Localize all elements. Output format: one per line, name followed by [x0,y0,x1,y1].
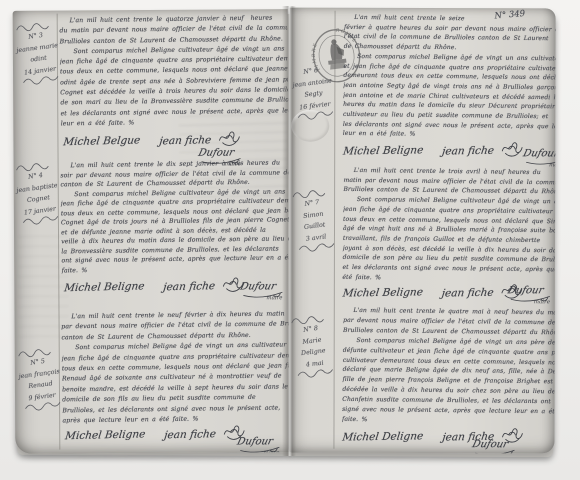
signature-jean-fiche: jean fiche [441,287,494,300]
signature-dufour-name: Dufour [197,147,235,158]
margin-note-act7: N° 7SimonGuillot3 avril [290,188,337,254]
margin-note-text: N° 4jean baptisteCognet17 janvier [13,168,65,220]
signature-dufour-name: Dufour [506,285,544,296]
signature-dufour-name: Dufour [236,436,274,447]
margin-note-act4: N° 4jean baptisteCognet17 janvier [13,160,66,228]
margin-note-act6: N° 6jean antoineSegty16 février [289,63,337,122]
signature-title-maire: maire [549,162,555,168]
margin-note-act5: N° 5jean françoisRenaud9 février [13,346,68,414]
signature-michel-beligne: Michel Beligne [342,144,424,157]
death-act-entry: L'an mil huit cent trente le neuf févrie… [61,309,290,426]
signature-row: Michel Deligne jean fiche Dufour maire [342,424,554,454]
margin-note-text: N° 5jean françoisRenaud9 février [13,354,66,406]
signature-dufour: Dufour maire [240,274,290,301]
death-act-entry: L'an mil huit cent trente le trois avril… [342,166,555,285]
signature-michel-beligne: Michel Belgue [63,134,141,148]
margin-note-text: N° 7SimonGuillot3 avril [291,195,336,245]
signature-michel-deligne: Michel Deligne [342,430,424,443]
margin-note-text: N° 3jeanne marieodint14 janvier [13,28,65,80]
signature-dufour: Dufour maire [508,278,556,305]
signature-row: Michel Beligne jean fiche Dufour maire [343,138,555,177]
signature-row: Michel Beligne jean fiche Dufour maire [65,421,290,454]
signature-dufour-name: Dufour [239,281,277,292]
signature-jean-fiche: jean fiche [164,428,217,441]
register-page-right: N° 349 TIMBRE ROYAL N° 6jean antoineSegt… [288,8,555,454]
signature-dufour: Dufour maire [523,141,555,168]
death-act-entry: L'an mil huit cent trente le seizefévrie… [343,13,556,142]
signature-dufour-name: Dufour [471,439,509,450]
signature-row: Michel Beligne jean fiche Dufour maire [343,280,555,319]
death-act-entry: L'an mil huit cent trente le dix sept ja… [60,158,289,275]
signature-dufour: Dufour maire [237,429,290,454]
death-act-entry: L'an mil huit cent trente le quatre mai … [342,306,555,427]
signature-michel-beligne: Michel Beligne [64,428,146,442]
margin-note-act8: N° 8MarieDeligne4 mai [289,314,336,380]
signature-title-maire: maire [266,295,290,301]
register-page-left: N° 3jeanne marieodint14 janvier N° 4jean… [13,9,291,454]
signature-title-maire: maire [225,161,269,167]
margin-note-act3: N° 3jeanne marieodint14 janvier [13,20,66,88]
signature-row: Michel Belgue jean fiche Dufour maire [63,127,288,166]
scanned-register-spread: N° 3jeanne marieodint14 janvier N° 4jean… [0,0,580,480]
death-act-entry: L'an mil huit cent trente le quatorze ja… [59,13,288,129]
signature-title-maire: maire [534,299,556,305]
margin-note-text: N° 8MarieDeligne4 mai [290,321,335,371]
signature-michel-beligne: Michel Beligne [342,286,424,299]
signature-michel-beligne: Michel Beligne [64,280,146,294]
signature-dufour: Dufour maire [198,140,268,167]
signature-flourish-icon [500,138,524,158]
signature-jean-fiche: jean fiche [442,145,495,158]
signature-row: Michel Beligne jean fiche Dufour maire [64,273,289,312]
signature-jean-fiche: jean fiche [163,280,216,293]
signature-dufour: Dufour maire [472,432,542,453]
margin-note-text: N° 6jean antoineSegty16 février [289,63,336,114]
signature-dufour-name: Dufour [522,148,556,159]
